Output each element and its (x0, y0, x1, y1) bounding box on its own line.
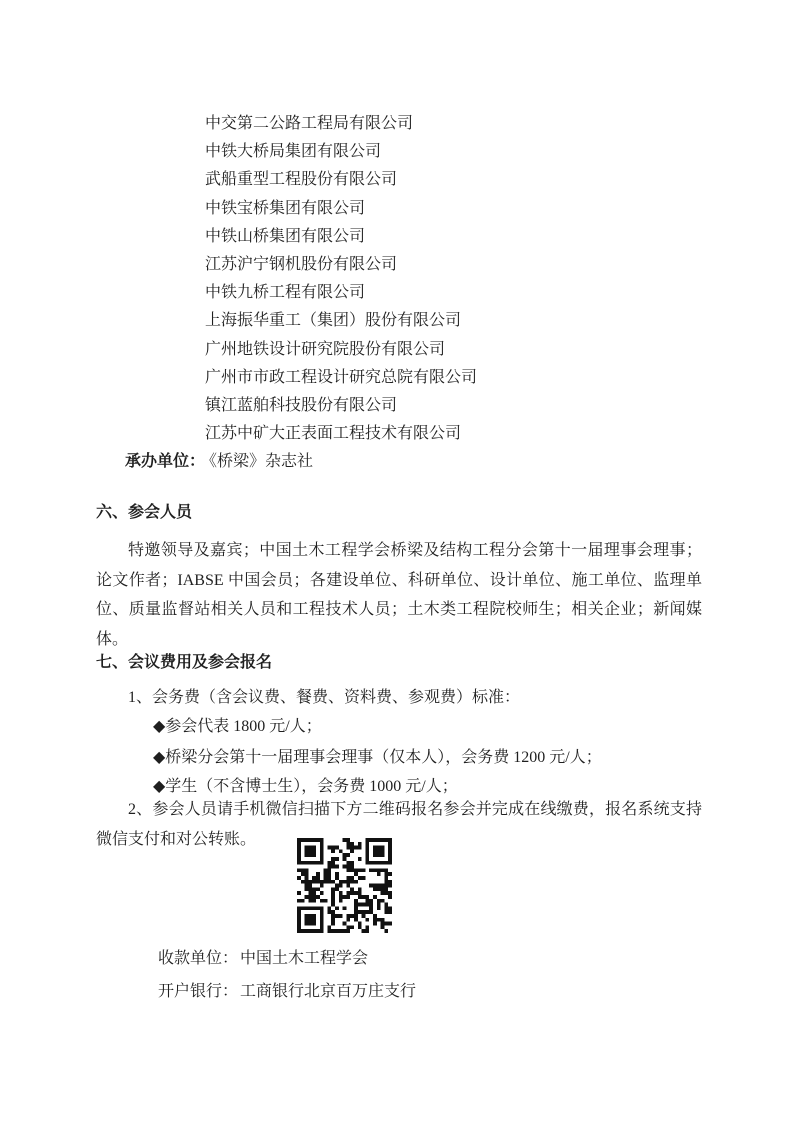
company-list-item: 广州地铁设计研究院股份有限公司 (205, 336, 477, 364)
payee-value: 中国土木工程学会 (240, 950, 368, 967)
bank-line: 开户银行：工商银行北京百万庄支行 (158, 978, 416, 1006)
company-list-item: 镇江蓝舶科技股份有限公司 (205, 392, 477, 420)
bank-label: 开户银行： (158, 983, 238, 1000)
organizer-label: 承办单位： (125, 453, 205, 470)
company-list-item: 中铁宝桥集团有限公司 (205, 195, 477, 223)
company-list-item: 武船重型工程股份有限公司 (205, 166, 477, 194)
section-fees-heading: 七、会议费用及参会报名 (96, 649, 272, 677)
supporting-companies-list: 中交第二公路工程局有限公司 中铁大桥局集团有限公司 武船重型工程股份有限公司 中… (205, 110, 477, 448)
registration-paragraph: 2、参会人员请手机微信扫描下方二维码报名参会并完成在线缴费，报名系统支持微信支付… (96, 795, 702, 855)
document-page: 中交第二公路工程局有限公司 中铁大桥局集团有限公司 武船重型工程股份有限公司 中… (0, 0, 794, 1123)
organizer-line: 承办单位：《桥梁》杂志社 (125, 448, 313, 476)
fee-item-council-member: ◆桥梁分会第十一届理事会理事（仅本人），会务费 1200 元/人； (153, 744, 602, 772)
organizer-value: 《桥梁》杂志社 (209, 453, 313, 470)
section-attendees-heading: 六、参会人员 (96, 499, 192, 527)
company-list-item: 江苏中矿大正表面工程技术有限公司 (205, 420, 477, 448)
company-list-item: 中铁大桥局集团有限公司 (205, 138, 477, 166)
company-list-item: 中交第二公路工程局有限公司 (205, 110, 477, 138)
bank-value: 工商银行北京百万庄支行 (240, 983, 416, 1000)
registration-qr-code (297, 838, 392, 933)
company-list-item: 上海振华重工（集团）股份有限公司 (205, 307, 477, 335)
attendees-paragraph: 特邀领导及嘉宾；中国土木工程学会桥梁及结构工程分会第十一届理事会理事；论文作者；… (96, 536, 702, 654)
fee-standard-line: 1、会务费（含会议费、餐费、资料费、参观费）标准： (128, 684, 520, 712)
company-list-item: 中铁九桥工程有限公司 (205, 279, 477, 307)
payee-line: 收款单位：中国土木工程学会 (158, 945, 368, 973)
payee-label: 收款单位： (158, 950, 238, 967)
company-list-item: 中铁山桥集团有限公司 (205, 223, 477, 251)
company-list-item: 广州市市政工程设计研究总院有限公司 (205, 364, 477, 392)
company-list-item: 江苏沪宁钢机股份有限公司 (205, 251, 477, 279)
fee-item-delegate: ◆参会代表 1800 元/人； (153, 713, 322, 741)
